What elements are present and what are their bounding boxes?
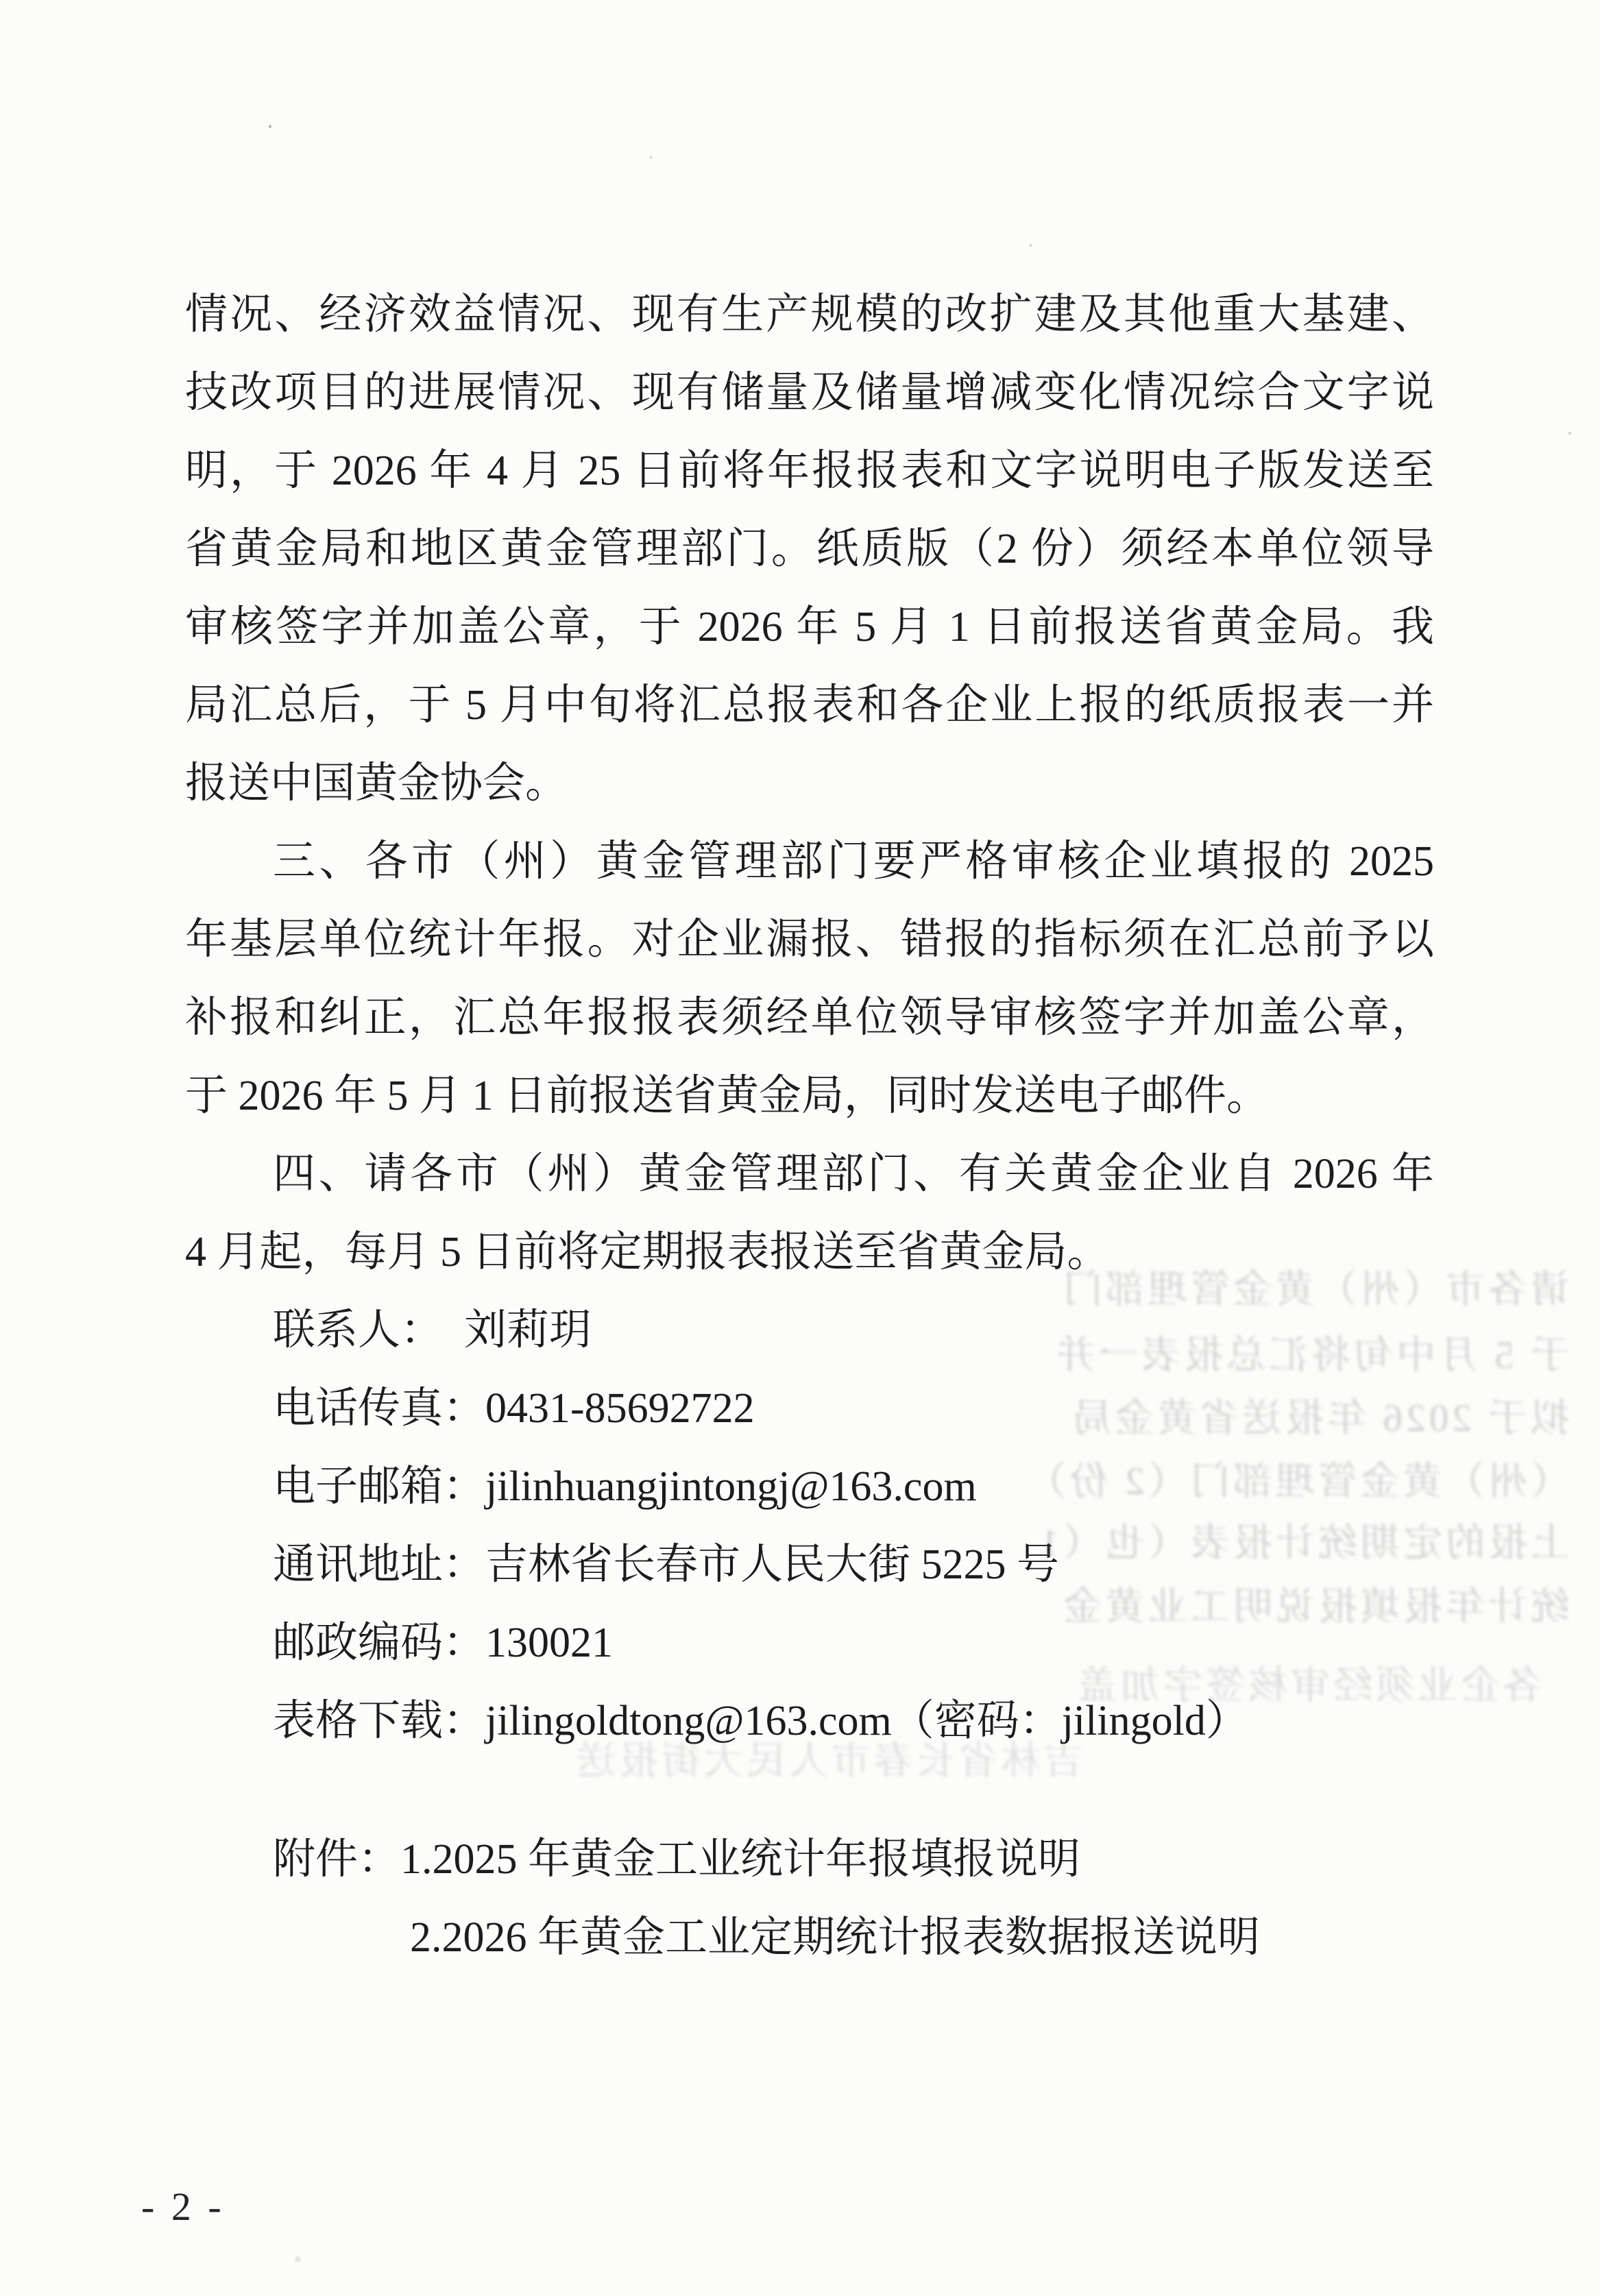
body-line: 四、请各市（州）黄金管理部门、有关黄金企业自 2026 年 [185, 1135, 1434, 1213]
scan-speckle [1030, 244, 1032, 247]
body-line: 补报和纠正，汇总年报报表须经单位领导审核签字并加盖公章， [185, 979, 1434, 1057]
bleedthrough-ghost-text: 吉林省长春市人民大街报送 [384, 1741, 1083, 1782]
body-line: 于 2026 年 5 月 1 日前报送省黄金局，同时发送电子邮件。 [185, 1057, 1434, 1135]
body-line: 局汇总后，于 5 月中旬将汇总报表和各企业上报的纸质报表一并 [185, 666, 1434, 744]
document-body: 情况、经济效益情况、现有生产规模的改扩建及其他重大基建、 技改项目的进展情况、现… [185, 276, 1434, 1977]
bleedthrough-ghost-text: 拟于 2026 年报送省黄金局 [884, 1398, 1570, 1439]
scan-speckle [1568, 432, 1571, 435]
body-line: 省黄金局和地区黄金管理部门。纸质版（2 份）须经本单位领导 [185, 510, 1434, 588]
scanned-page: 情况、经济效益情况、现有生产规模的改扩建及其他重大基建、 技改项目的进展情况、现… [0, 0, 1600, 2296]
scan-speckle [295, 2256, 301, 2262]
attachment-line: 2.2026 年黄金工业定期统计报表数据报送说明 [185, 1898, 1434, 1977]
body-line: 情况、经济效益情况、现有生产规模的改扩建及其他重大基建、 [185, 276, 1434, 354]
bleedthrough-ghost-text: 统计年报填报说明工业黄金 [946, 1587, 1570, 1628]
body-line: 技改项目的进展情况、现有储量及储量增减变化情况综合文字说 [185, 354, 1434, 432]
scan-speckle [269, 125, 271, 128]
bleedthrough-ghost-text: 请各市（州）黄金管理部门 [891, 1269, 1570, 1310]
bleedthrough-ghost-text: 于 5 月中旬将汇总报表一并 [919, 1335, 1570, 1376]
bleedthrough-ghost-text: （州）黄金管理部门（2 份） [925, 1461, 1570, 1502]
page-number: - 2 - [141, 2184, 225, 2230]
body-line: 明，于 2026 年 4 月 25 日前将年报报表和文字说明电子版发送至 [185, 432, 1434, 510]
scan-speckle [650, 156, 652, 158]
body-line: 年基层单位统计年报。对企业漏报、错报的指标须在汇总前予以 [185, 901, 1434, 979]
bleedthrough-ghost-text: 各企业须经审核签字加盖 [994, 1665, 1542, 1707]
body-line: 报送中国黄金协会。 [185, 744, 1434, 822]
body-line: 三、各市（州）黄金管理部门要严格审核企业填报的 2025 [185, 822, 1434, 901]
body-line: 审核签字并加盖公章，于 2026 年 5 月 1 日前报送省黄金局。我 [185, 588, 1434, 666]
attachment-line: 附件：1.2025 年黄金工业统计年报填报说明 [185, 1820, 1434, 1898]
bleedthrough-ghost-text: 上报的定期统计报表（也（1 [891, 1523, 1570, 1564]
